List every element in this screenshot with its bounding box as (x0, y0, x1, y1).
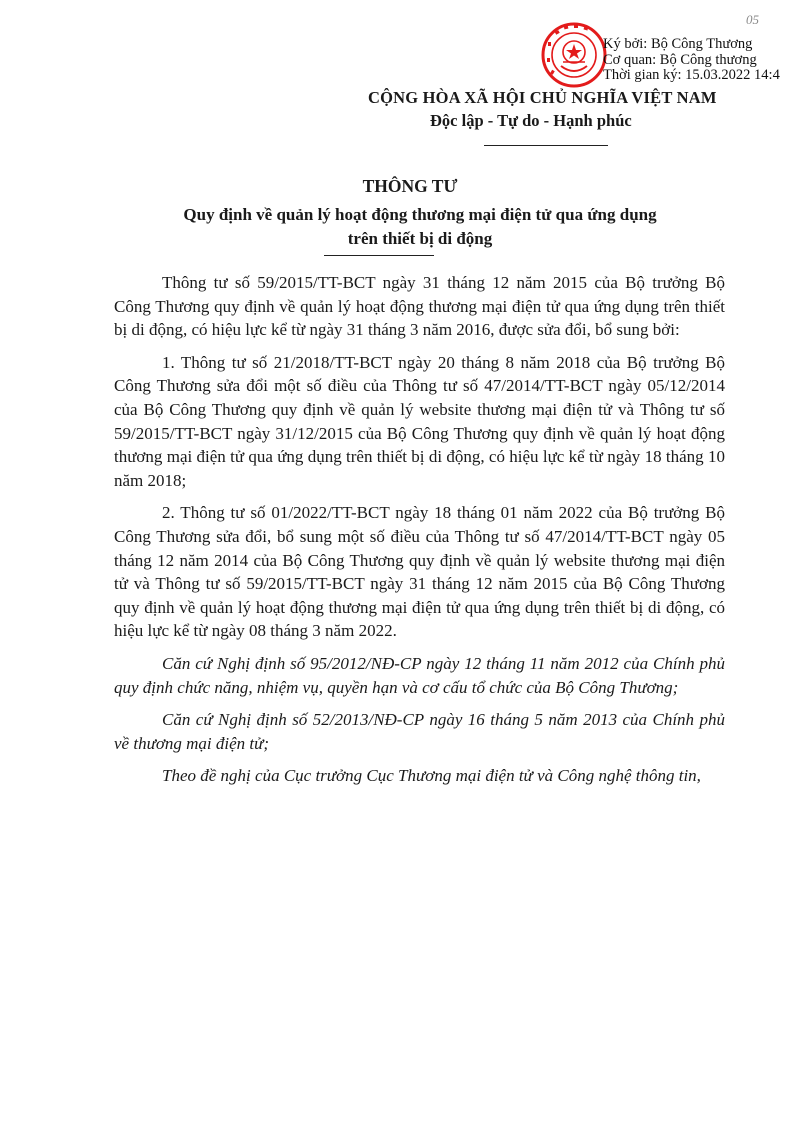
document-page: 05 Ký bởi: Bộ Công Thương Cơ quan: Bộ Cô… (0, 0, 800, 1130)
title-divider (324, 255, 434, 256)
national-emblem-stamp-icon (541, 22, 607, 88)
legal-basis-3: Theo đề nghị của Cục trưởng Cục Thương m… (114, 764, 725, 788)
header-divider (484, 145, 608, 146)
intro-paragraph: Thông tư số 59/2015/TT-BCT ngày 31 tháng… (114, 271, 725, 342)
page-number-mark: 05 (746, 12, 759, 28)
amendment-2: 2. Thông tư số 01/2022/TT-BCT ngày 18 th… (114, 501, 725, 643)
national-title: CỘNG HÒA XÃ HỘI CHỦ NGHĨA VIỆT NAM (368, 88, 788, 108)
amendment-1: 1. Thông tư số 21/2018/TT-BCT ngày 20 th… (114, 351, 725, 493)
document-subtitle: Quy định về quản lý hoạt động thương mại… (130, 203, 710, 251)
legal-basis-1: Căn cứ Nghị định số 95/2012/NĐ-CP ngày 1… (114, 652, 725, 699)
national-motto: Độc lập - Tự do - Hạnh phúc (430, 111, 632, 131)
legal-basis-2: Căn cứ Nghị định số 52/2013/NĐ-CP ngày 1… (114, 708, 725, 755)
digital-signature-info: Ký bởi: Bộ Công Thương Cơ quan: Bộ Công … (603, 37, 780, 84)
signed-by: Ký bởi: Bộ Công Thương (603, 37, 780, 53)
document-body: Thông tư số 59/2015/TT-BCT ngày 31 tháng… (114, 271, 725, 788)
signing-time: Thời gian ký: 15.03.2022 14:4 (603, 68, 780, 84)
signing-agency: Cơ quan: Bộ Công thương (603, 53, 780, 69)
subtitle-line-1: Quy định về quản lý hoạt động thương mại… (130, 203, 710, 227)
subtitle-line-2: trên thiết bị di động (130, 227, 710, 251)
document-type: THÔNG TƯ (0, 176, 800, 197)
